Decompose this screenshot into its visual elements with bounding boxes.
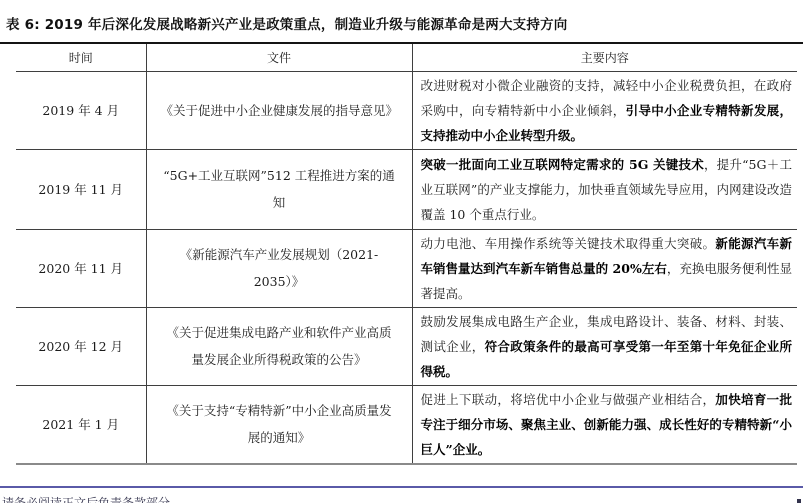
- cell-document: 《新能源汽车产业发展规划（2021-2035）》: [146, 229, 412, 307]
- table-row: 2021 年 1 月《关于支持“专精特新”中小企业高质量发展的通知》促进上下联动…: [16, 385, 797, 464]
- footer-divider-line: [0, 486, 803, 488]
- table-header-row: 时间 文件 主要内容: [16, 44, 797, 71]
- table-row: 2019 年 11 月“5G+工业互联网”512 工程推进方案的通知突破一批面向…: [16, 149, 797, 229]
- content-text: 促进上下联动，将培优中小企业与做强产业相结合，: [421, 392, 716, 407]
- col-header-content: 主要内容: [412, 44, 797, 71]
- cell-document: 《关于促进集成电路产业和软件产业高质量发展企业所得税政策的公告》: [146, 307, 412, 385]
- table-row: 2020 年 11 月《新能源汽车产业发展规划（2021-2035）》动力电池、…: [16, 229, 797, 307]
- table-row: 2019 年 4 月《关于促进中小企业健康发展的指导意见》改进财税对小微企业融资…: [16, 71, 797, 149]
- page-number-partial: [797, 499, 801, 503]
- cell-document: “5G+工业互联网”512 工程推进方案的通知: [146, 149, 412, 229]
- cell-time: 2021 年 1 月: [16, 385, 146, 464]
- content-highlight-text: 突破一批面向工业互联网特定需求的 5G 关键技术: [421, 157, 704, 172]
- cell-main-content: 促进上下联动，将培优中小企业与做强产业相结合，加快培育一批专注于细分市场、聚焦主…: [412, 385, 797, 464]
- policy-table: 时间 文件 主要内容 2019 年 4 月《关于促进中小企业健康发展的指导意见》…: [16, 44, 797, 465]
- footer-disclaimer: 请务必阅读正文后免责条款部分: [2, 494, 170, 503]
- content-text: 动力电池、车用操作系统等关键技术取得重大突破。: [421, 236, 716, 251]
- table-title: 表 6: 2019 年后深化发展战略新兴产业是政策重点，制造业升级与能源革命是两…: [6, 13, 567, 33]
- cell-document: 《关于支持“专精特新”中小企业高质量发展的通知》: [146, 385, 412, 464]
- cell-time: 2019 年 11 月: [16, 149, 146, 229]
- table-row: 2020 年 12 月《关于促进集成电路产业和软件产业高质量发展企业所得税政策的…: [16, 307, 797, 385]
- cell-main-content: 动力电池、车用操作系统等关键技术取得重大突破。新能源汽车新车销售量达到汽车新车销…: [412, 229, 797, 307]
- col-header-time: 时间: [16, 44, 146, 71]
- cell-time: 2020 年 12 月: [16, 307, 146, 385]
- cell-main-content: 改进财税对小微企业融资的支持，减轻中小企业税费负担，在政府采购中，向专精特新中小…: [412, 71, 797, 149]
- cell-main-content: 鼓励发展集成电路生产企业，集成电路设计、装备、材料、封装、测试企业，符合政策条件…: [412, 307, 797, 385]
- cell-document: 《关于促进中小企业健康发展的指导意见》: [146, 71, 412, 149]
- cell-time: 2019 年 4 月: [16, 71, 146, 149]
- col-header-document: 文件: [146, 44, 412, 71]
- cell-main-content: 突破一批面向工业互联网特定需求的 5G 关键技术，提升“5G＋工业互联网”的产业…: [412, 149, 797, 229]
- cell-time: 2020 年 11 月: [16, 229, 146, 307]
